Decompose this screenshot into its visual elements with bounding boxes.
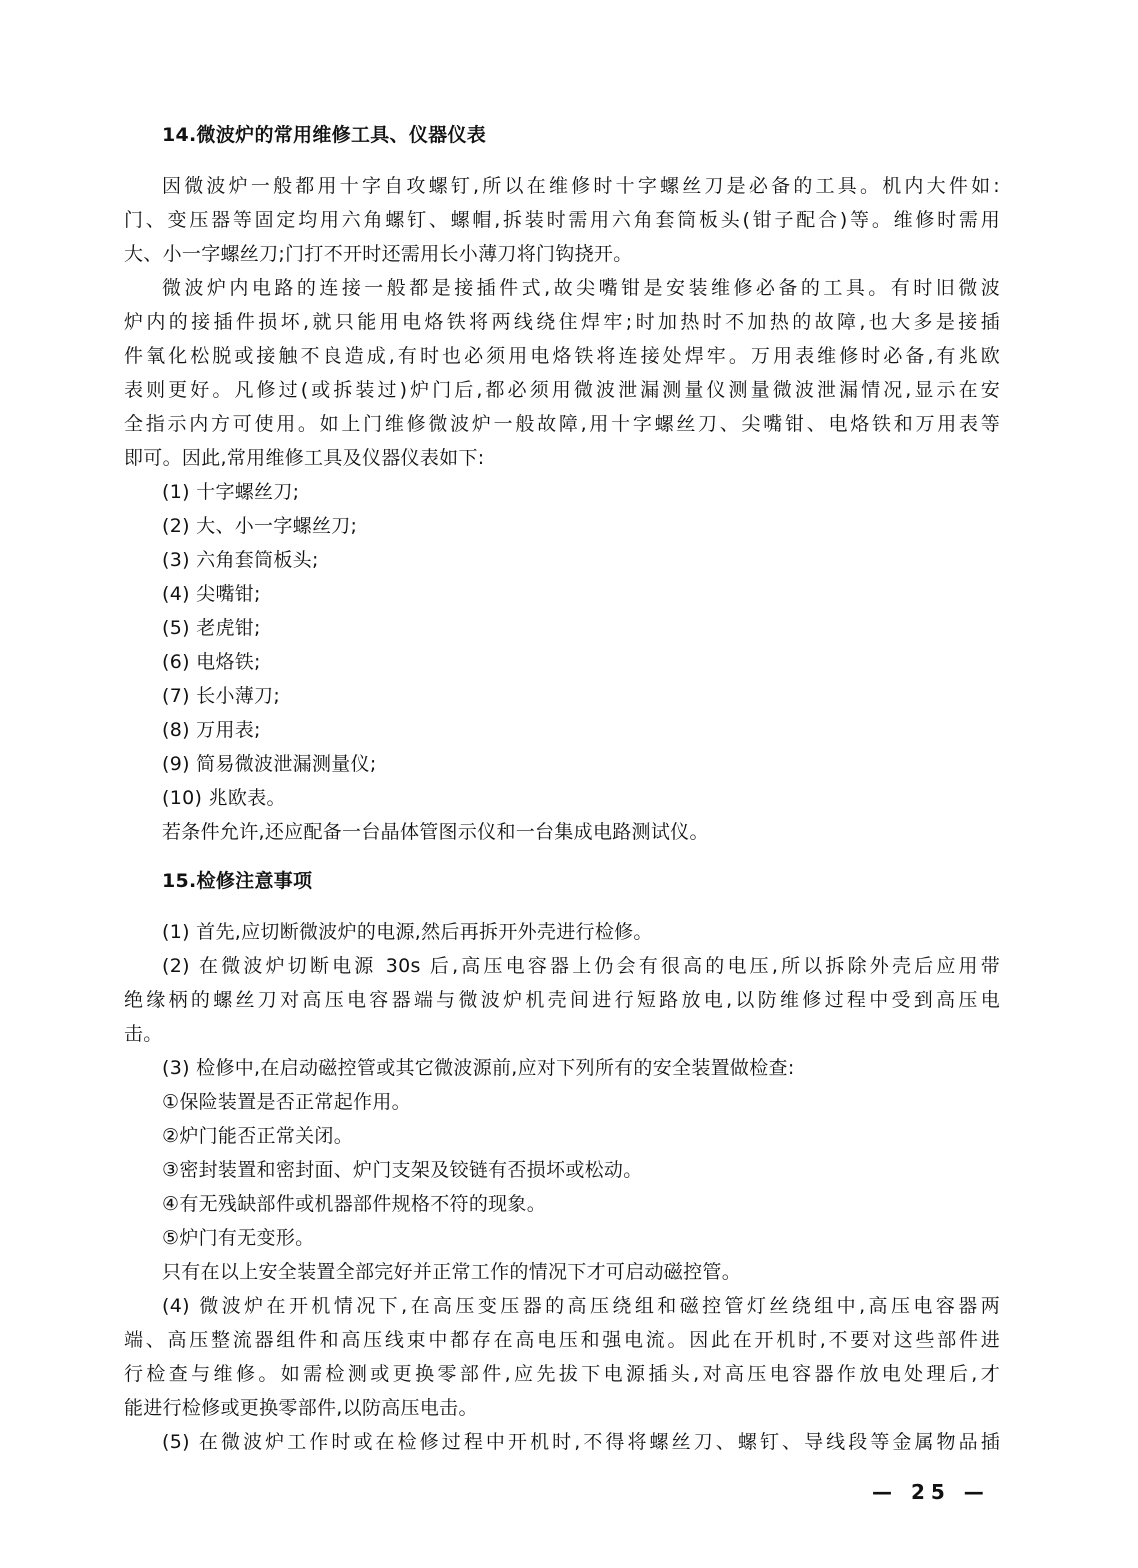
page-number: — 25 — xyxy=(872,1480,990,1504)
paragraph-line: 门、变压器等固定均用六角螺钉、螺帽,拆装时需用六角套筒板头(钳子配合)等。维修时… xyxy=(124,209,1000,231)
paragraph-line: 大、小一字螺丝刀;门打不开时还需用长小薄刀将门钩挠开。 xyxy=(124,243,633,265)
paragraph-line: 能进行检修或更换零部件,以防高压电击。 xyxy=(124,1397,478,1419)
paragraph-line: (2) 在微波炉切断电源 30s 后,高压电容器上仍会有很高的电压,所以拆除外壳… xyxy=(162,955,1000,977)
document-page: 14.微波炉的常用维修工具、仪器仪表 因微波炉一般都用十字自攻螺钉,所以在维修时… xyxy=(0,0,1138,1568)
tool-list-item: (7) 长小薄刀; xyxy=(162,685,280,707)
tool-list-item: (2) 大、小一字螺丝刀; xyxy=(162,515,357,537)
paragraph-line: 微波炉内电路的连接一般都是接插件式,故尖嘴钳是安装维修必备的工具。有时旧微波 xyxy=(162,277,1000,299)
check-list-item: ④有无残缺部件或机器部件规格不符的现象。 xyxy=(162,1193,546,1215)
paragraph-line: (1) 首先,应切断微波炉的电源,然后再拆开外壳进行检修。 xyxy=(162,921,653,943)
tool-list-item: (5) 老虎钳; xyxy=(162,617,261,639)
paragraph-line: 端、高压整流器组件和高压线束中都存在高电压和强电流。因此在开机时,不要对这些部件… xyxy=(124,1329,1000,1351)
section-15-heading: 15.检修注意事项 xyxy=(162,870,312,892)
paragraph-line: 击。 xyxy=(124,1023,163,1045)
check-list-item: ⑤炉门有无变形。 xyxy=(162,1227,314,1249)
paragraph-line: 只有在以上安全装置全部完好并正常工作的情况下才可启动磁控管。 xyxy=(162,1261,741,1283)
paragraph-line: 即可。因此,常用维修工具及仪器仪表如下: xyxy=(124,447,484,469)
tool-list-item: (9) 简易微波泄漏测量仪; xyxy=(162,753,377,775)
paragraph-line: 若条件允许,还应配备一台晶体管图示仪和一台集成电路测试仪。 xyxy=(162,821,709,843)
check-list-item: ①保险装置是否正常起作用。 xyxy=(162,1091,411,1113)
check-list-item: ③密封装置和密封面、炉门支架及铰链有否损坏或松动。 xyxy=(162,1159,643,1181)
paragraph-line: (5) 在微波炉工作时或在检修过程中开机时,不得将螺丝刀、螺钉、导线段等金属物品… xyxy=(162,1431,1000,1453)
paragraph-line: 件氧化松脱或接触不良造成,有时也必须用电烙铁将连接处焊牢。万用表维修时必备,有兆… xyxy=(124,345,1000,367)
paragraph-line: (3) 检修中,在启动磁控管或其它微波源前,应对下列所有的安全装置做检查: xyxy=(162,1057,795,1079)
tool-list-item: (4) 尖嘴钳; xyxy=(162,583,261,605)
tool-list-item: (1) 十字螺丝刀; xyxy=(162,481,299,503)
section-14-heading: 14.微波炉的常用维修工具、仪器仪表 xyxy=(162,124,486,146)
paragraph-line: (4) 微波炉在开机情况下,在高压变压器的高压绕组和磁控管灯丝绕组中,高压电容器… xyxy=(162,1295,1000,1317)
check-list-item: ②炉门能否正常关闭。 xyxy=(162,1125,353,1147)
paragraph-line: 绝缘柄的螺丝刀对高压电容器端与微波炉机壳间进行短路放电,以防维修过程中受到高压电 xyxy=(124,989,1000,1011)
tool-list-item: (10) 兆欧表。 xyxy=(162,787,286,809)
paragraph-line: 表则更好。凡修过(或拆装过)炉门后,都必须用微波泄漏测量仪测量微波泄漏情况,显示… xyxy=(124,379,1000,401)
paragraph-line: 全指示内方可使用。如上门维修微波炉一般故障,用十字螺丝刀、尖嘴钳、电烙铁和万用表… xyxy=(124,413,1000,435)
tool-list-item: (3) 六角套筒板头; xyxy=(162,549,319,571)
tool-list-item: (6) 电烙铁; xyxy=(162,651,261,673)
paragraph-line: 炉内的接插件损坏,就只能用电烙铁将两线绕住焊牢;时加热时不加热的故障,也大多是接… xyxy=(124,311,1000,333)
tool-list-item: (8) 万用表; xyxy=(162,719,261,741)
paragraph-line: 行检查与维修。如需检测或更换零部件,应先拔下电源插头,对高压电容器作放电处理后,… xyxy=(124,1363,1000,1385)
paragraph-line: 因微波炉一般都用十字自攻螺钉,所以在维修时十字螺丝刀是必备的工具。机内大件如: xyxy=(162,175,1000,197)
